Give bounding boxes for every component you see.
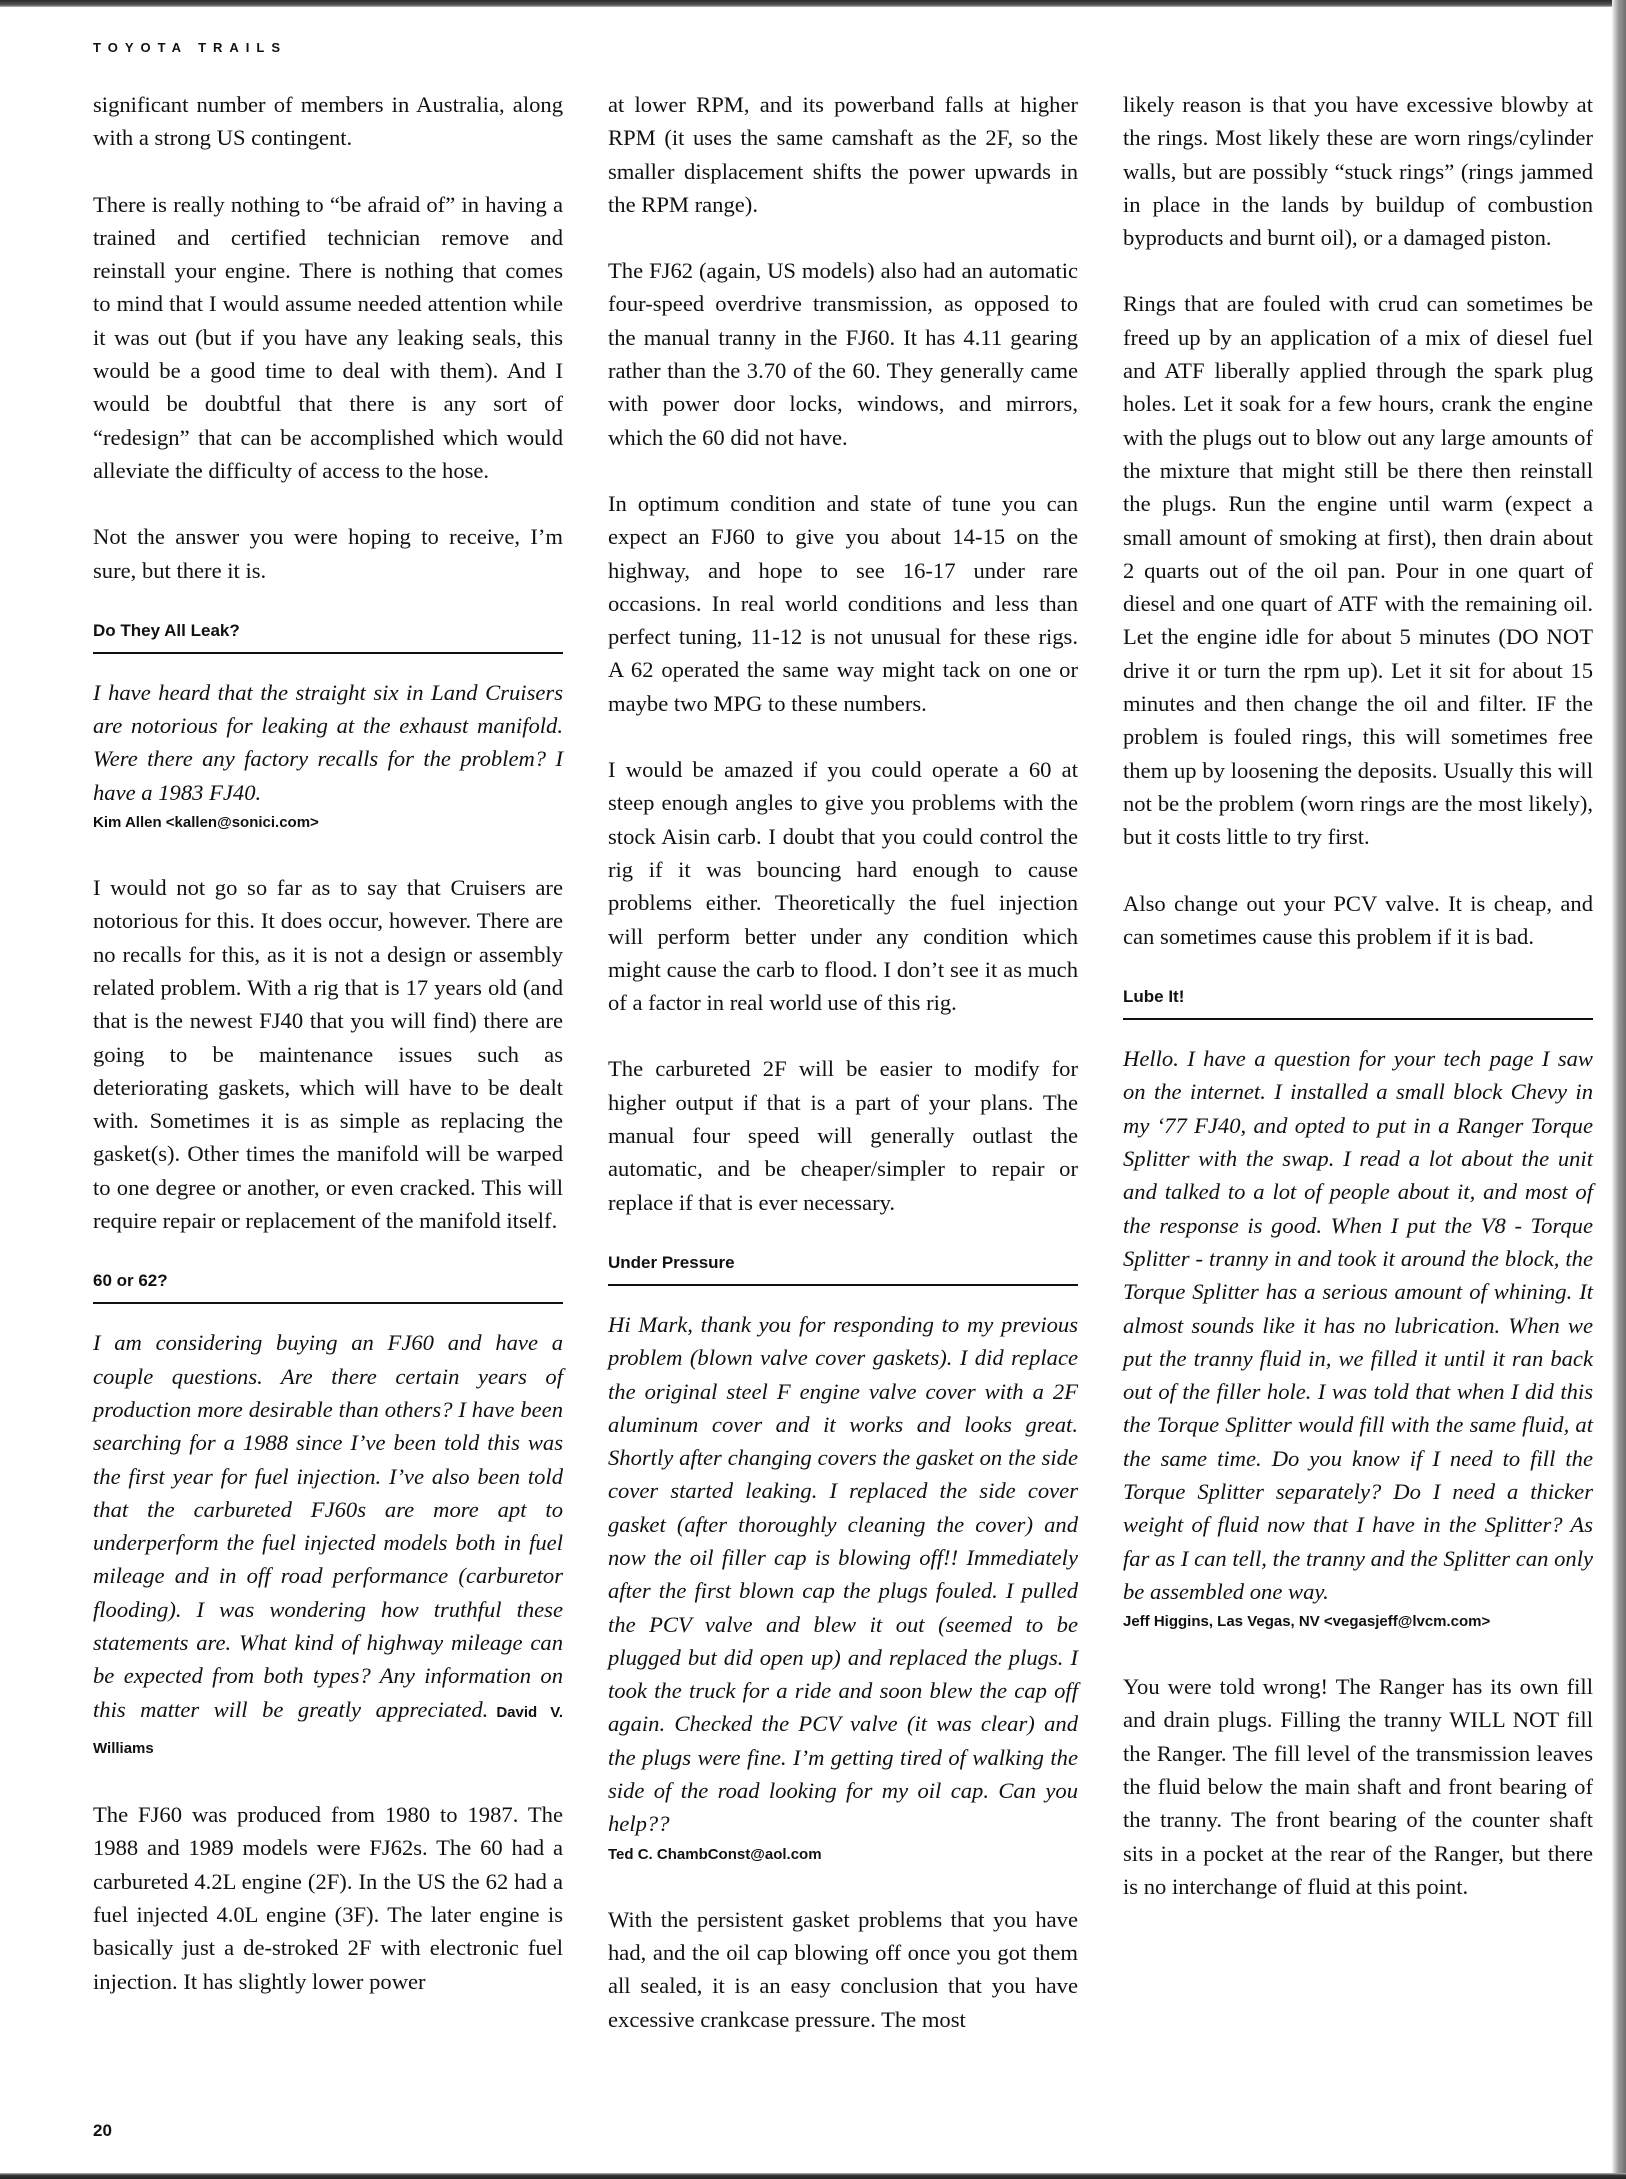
paragraph: Also change out your PCV valve. It is ch…: [1123, 887, 1593, 954]
page-edge-shadow: [1612, 0, 1626, 2179]
answer-paragraph: You were told wrong! The Ranger has its …: [1123, 1670, 1593, 1903]
reader-question: Hi Mark, thank you for responding to my …: [608, 1308, 1078, 1841]
paragraph: The carbureted 2F will be easier to modi…: [608, 1052, 1078, 1218]
paragraph: In optimum condition and state of tune y…: [608, 487, 1078, 720]
question-signature: Ted C. ChambConst@aol.com: [608, 1841, 1078, 1869]
page-top-border: [0, 0, 1626, 7]
reader-question: I am considering buying an FJ60 and have…: [93, 1326, 563, 1765]
column-2: at lower RPM, and its powerband falls at…: [608, 88, 1078, 2069]
section-heading: Lube It!: [1123, 986, 1593, 1020]
paragraph: Rings that are fouled with crud can some…: [1123, 287, 1593, 853]
page-bottom-border: [0, 2173, 1626, 2179]
answer-paragraph: With the persistent gasket problems that…: [608, 1903, 1078, 2036]
reader-question: I have heard that the straight six in La…: [93, 676, 563, 809]
section-heading: Do They All Leak?: [93, 620, 563, 654]
page-number: 20: [93, 2121, 112, 2141]
column-1: significant number of members in Austral…: [93, 88, 563, 2031]
paragraph: at lower RPM, and its powerband falls at…: [608, 88, 1078, 221]
running-head: TOYOTA TRAILS: [93, 40, 287, 55]
paragraph: The FJ62 (again, US models) also had an …: [608, 254, 1078, 454]
column-3: likely reason is that you have excessive…: [1123, 88, 1593, 1936]
paragraph: likely reason is that you have excessive…: [1123, 88, 1593, 254]
section-heading: 60 or 62?: [93, 1270, 563, 1304]
paragraph: Not the answer you were hoping to receiv…: [93, 520, 563, 587]
answer-paragraph: I would not go so far as to say that Cru…: [93, 871, 563, 1237]
reader-question: Hello. I have a question for your tech p…: [1123, 1042, 1593, 1608]
question-signature: Jeff Higgins, Las Vegas, NV <vegasjeff@l…: [1123, 1608, 1593, 1636]
section-heading: Under Pressure: [608, 1252, 1078, 1286]
paragraph: significant number of members in Austral…: [93, 88, 563, 155]
question-text: I am considering buying an FJ60 and have…: [93, 1330, 563, 1721]
answer-paragraph: The FJ60 was produced from 1980 to 1987.…: [93, 1798, 563, 1998]
question-signature: Kim Allen <kallen@sonici.com>: [93, 809, 563, 837]
paragraph: There is really nothing to “be afraid of…: [93, 188, 563, 488]
paragraph: I would be amazed if you could operate a…: [608, 753, 1078, 1019]
